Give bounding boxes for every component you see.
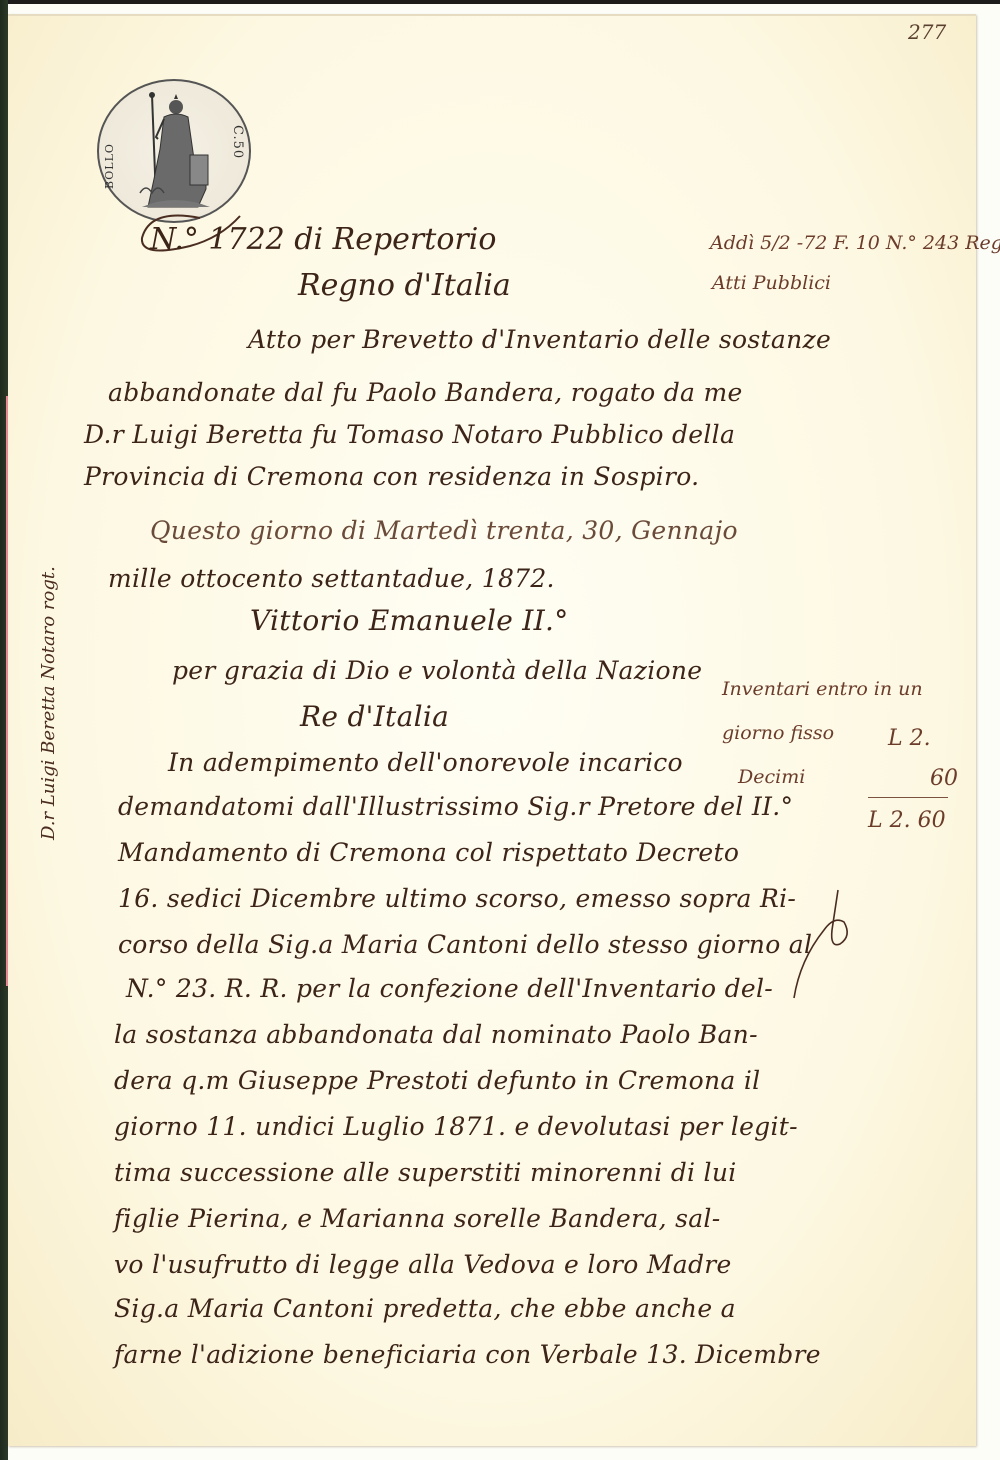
paraph-flourish-icon [780, 870, 870, 1000]
body-line: per grazia di Dio e volontà della Nazion… [172, 656, 702, 685]
registration-note-line: Addì 5/2 -72 F. 10 N.° 243 Reg 26 [710, 232, 1000, 254]
body-line: In adempimento dell'onorevole incarico [168, 748, 683, 777]
left-margin-note: D.r Luigi Beretta Notaro rogt. [38, 440, 68, 840]
sovereign-name: Vittorio Emanuele II.° [250, 604, 569, 637]
body-line: Provincia di Cremona con residenza in So… [84, 462, 699, 491]
repertorio-number: N.° 1722 di Repertorio [150, 222, 496, 257]
body-line: N.° 23. R. R. per la confezione dell'Inv… [126, 974, 773, 1003]
body-line: vo l'usufrutto di legge alla Vedova e lo… [114, 1250, 732, 1279]
body-line: farne l'adizione beneficiaria con Verbal… [114, 1340, 821, 1369]
body-line: dera q.m Giuseppe Prestoti defunto in Cr… [114, 1066, 760, 1095]
fee-label: Decimi [738, 766, 805, 788]
revenue-stamp: BOLLO C.50 [97, 79, 251, 223]
scan-edge-top [0, 0, 1000, 4]
body-line: corso della Sig.a Maria Cantoni dello st… [118, 930, 812, 959]
stamp-left-text: BOLLO [103, 119, 125, 189]
fee-total: L 2. 60 [868, 808, 946, 833]
registration-note-line: Atti Pubblici [712, 272, 831, 294]
body-line: giorno 11. undici Luglio 1871. e devolut… [114, 1112, 798, 1141]
page-number: 277 [908, 20, 946, 44]
body-line: mille ottocento settantadue, 1872. [108, 564, 555, 593]
stamp-value-text: C.50 [227, 125, 245, 185]
body-line: abbandonate dal fu Paolo Bandera, rogato… [108, 378, 743, 407]
body-line: Mandamento di Cremona col rispettato Dec… [118, 838, 739, 867]
body-line: Sig.a Maria Cantoni predetta, che ebbe a… [114, 1294, 736, 1323]
fee-amount: L 2. [888, 726, 931, 751]
italia-figure-icon [134, 89, 214, 213]
sovereign-title: Re d'Italia [300, 700, 449, 733]
document-title: Regno d'Italia [298, 268, 511, 303]
fee-total-rule [868, 797, 948, 798]
body-line: tima successione alle superstiti minoren… [114, 1158, 737, 1187]
body-line: Questo giorno di Martedì trenta, 30, Gen… [150, 516, 738, 545]
fee-label: giorno fisso [722, 722, 834, 744]
fee-amount: 60 [930, 766, 958, 791]
body-line: 16. sedici Dicembre ultimo scorso, emess… [118, 884, 796, 913]
body-line: D.r Luigi Beretta fu Tomaso Notaro Pubbl… [84, 420, 735, 449]
body-line: demandatomi dall'Illustrissimo Sig.r Pre… [118, 792, 793, 821]
body-line: la sostanza abbandonata dal nominato Pao… [114, 1020, 758, 1049]
fee-note-line: Inventari entro in un [722, 678, 923, 700]
body-line: Atto per Brevetto d'Inventario delle sos… [248, 325, 831, 354]
body-line: figlie Pierina, e Marianna sorelle Bande… [114, 1204, 720, 1233]
